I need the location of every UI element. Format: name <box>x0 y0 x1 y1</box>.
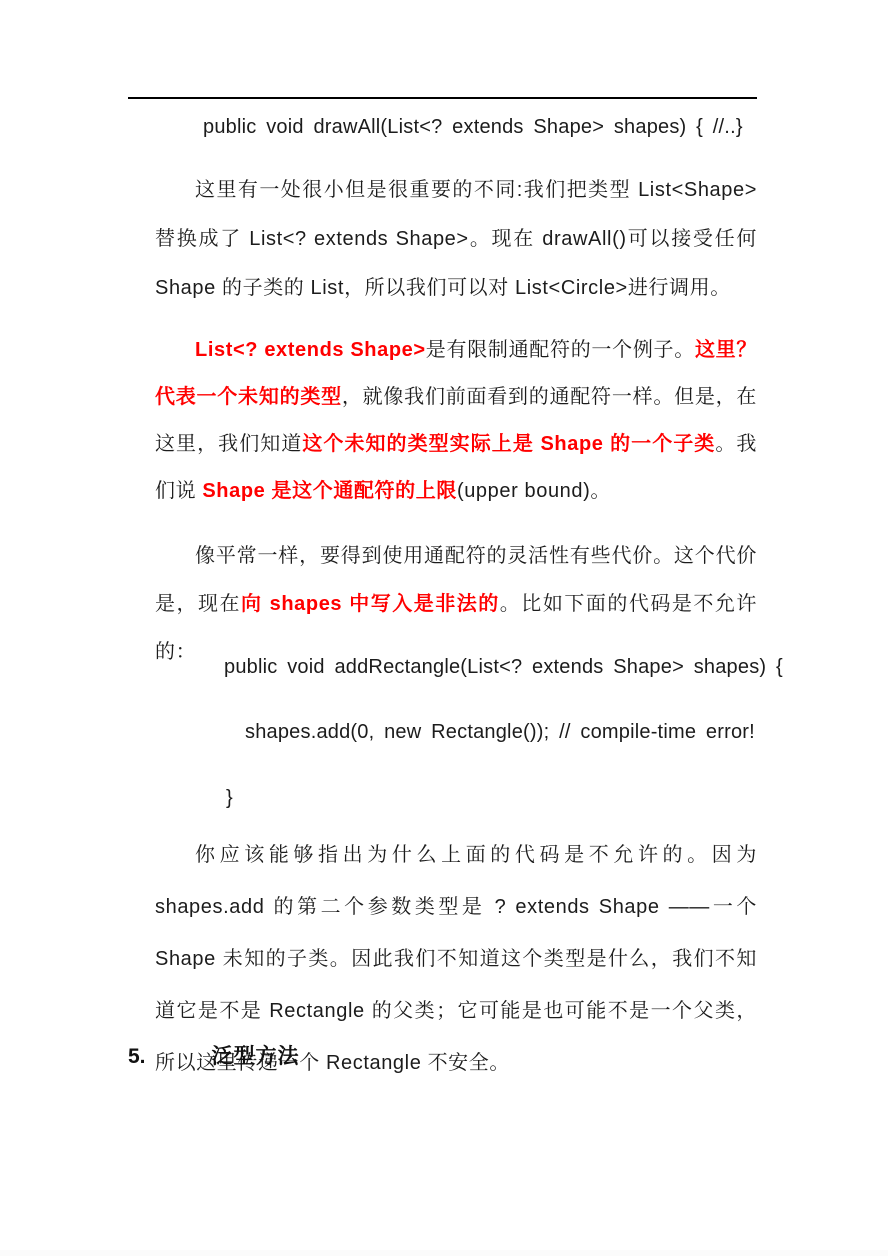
heading-title: 泛型方法 <box>212 1045 300 1068</box>
code-line-shapes-add: shapes.add(0, new Rectangle()); // compi… <box>245 720 755 744</box>
page-bottom-edge <box>0 1250 888 1256</box>
heading-number: 5. <box>128 1045 146 1068</box>
code-line-addrectangle: public void addRectangle(List<? extends … <box>224 655 783 679</box>
body-text: (upper bound)。 <box>457 480 611 502</box>
body-text: 是有限制通配符的一个例子。 <box>426 339 695 361</box>
document-page: public void drawAll(List<? extends Shape… <box>0 0 888 1256</box>
emphasis-red-text: 这个未知的类型实际上是 Shape 的一个子类 <box>302 433 715 455</box>
emphasis-red-text: List<? extends Shape> <box>195 339 426 361</box>
code-line-closing-brace: } <box>226 786 233 810</box>
paragraph-intro: 这里有一处很小但是很重要的不同:我们把类型 List<Shape> 替换成了 L… <box>155 166 757 313</box>
paragraph-bounded-wildcard: List<? extends Shape>是有限制通配符的一个例子。这里？代表一… <box>155 327 757 515</box>
header-rule <box>128 97 757 99</box>
emphasis-red-text: 向 shapes 中写入是非法的 <box>241 593 500 615</box>
body-text: 这里有一处很小但是很重要的不同:我们把类型 List<Shape> 替换成了 L… <box>155 179 757 299</box>
section-heading: 5.泛型方法 <box>128 1044 300 1070</box>
code-line-drawall: public void drawAll(List<? extends Shape… <box>203 115 743 139</box>
emphasis-red-text: Shape 是这个通配符的上限 <box>202 480 457 502</box>
body-text: 你应该能够指出为什么上面的代码是不允许的。因为 shapes.add 的第二个参… <box>155 844 757 1074</box>
